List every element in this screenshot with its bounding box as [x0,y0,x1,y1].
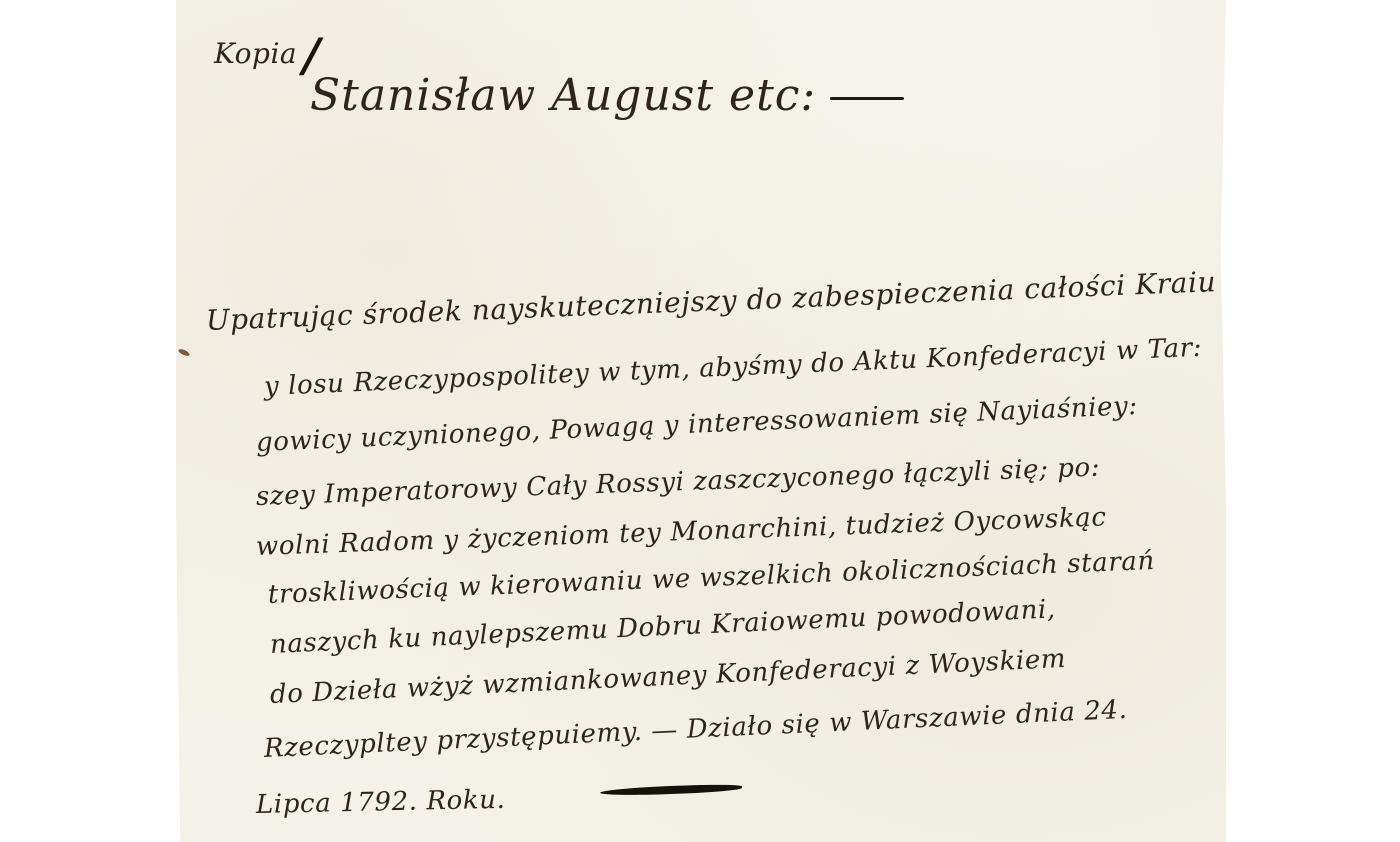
document-heading: Stanisław August etc: [310,70,904,121]
copy-label: Kopia/ [214,28,320,82]
manuscript-paper: Kopia/ Stanisław August etc: Upatrując ś… [176,0,1226,842]
body-line: y losu Rzeczypospolitey w tym, abyśmy do… [263,333,1202,402]
body-line: Upatrując środek nayskuteczniejszy do za… [205,265,1216,337]
body-line-date: Lipca 1792. Roku. [256,785,506,820]
heading-text: Stanisław August etc: [310,70,816,121]
page-canvas: Kopia/ Stanisław August etc: Upatrując ś… [0,0,1400,842]
body-line: gowicy uczynionego, Powagą y interessowa… [255,391,1138,458]
body-line: szey Imperatorowy Cały Rossyi zaszczycon… [255,453,1100,512]
copy-label-text: Kopia [214,37,297,70]
body-line: Rzeczypltey przystępuiemy. — Działo się … [263,695,1128,764]
closing-flourish-stroke [600,784,742,797]
margin-ink-mark [178,348,191,358]
heading-flourish-rule [830,97,904,100]
